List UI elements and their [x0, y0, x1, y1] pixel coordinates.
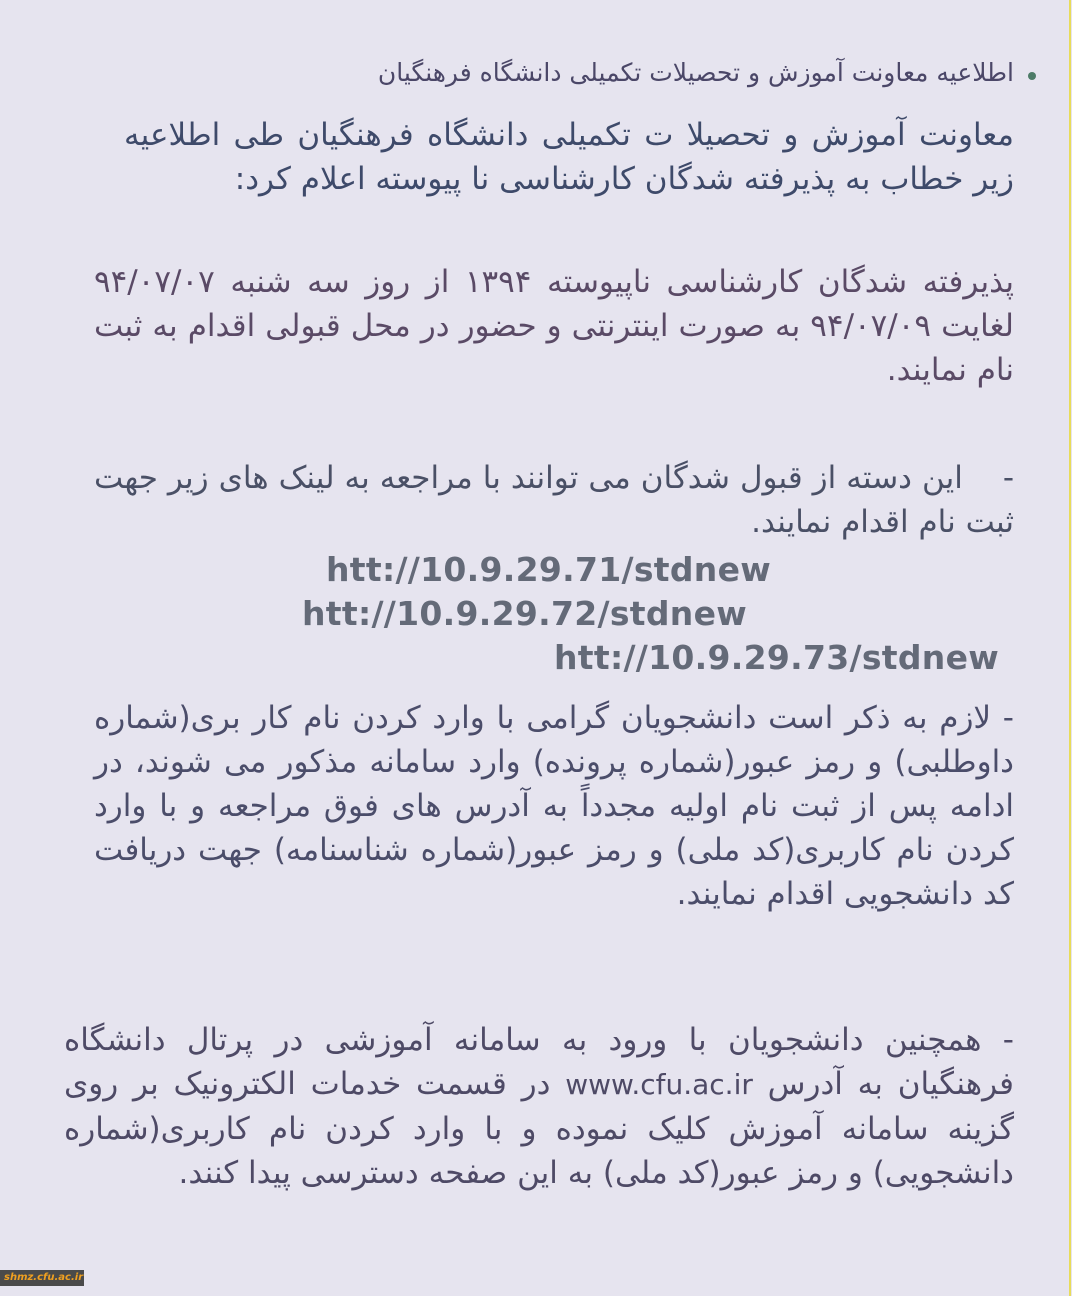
intro-paragraph: معاونت آموزش و تحصیلا ت تکمیلی دانشگاه ف… — [124, 113, 1014, 201]
registration-link-2[interactable]: htt://10.9.29.72/stdnew — [302, 594, 747, 633]
announcement-heading-row: اطلاعیه معاونت آموزش و تحصیلات تکمیلی دا… — [256, 58, 1036, 87]
bullet-icon — [1028, 72, 1036, 80]
portal-url[interactable]: www.cfu.ac.ir — [565, 1068, 753, 1101]
links-intro-paragraph: -این دسته از قبول شدگان می توانند با مرا… — [94, 456, 1014, 544]
announcement-page: اطلاعیه معاونت آموزش و تحصیلات تکمیلی دا… — [0, 0, 1072, 1296]
page-edge-line — [1069, 0, 1071, 1296]
portal-access-paragraph: - همچنین دانشجویان با ورود به سامانه آمو… — [64, 1018, 1014, 1195]
registration-dates-paragraph: پذیرفته شدگان کارشناسی ناپیوسته ۱۳۹۴ از … — [94, 260, 1014, 392]
registration-link-3[interactable]: htt://10.9.29.73/stdnew — [554, 638, 999, 677]
watermark-label: shmz.cfu.ac.ir — [0, 1270, 84, 1286]
registration-link-1[interactable]: htt://10.9.29.71/stdnew — [326, 550, 771, 589]
links-intro-text: این دسته از قبول شدگان می توانند با مراج… — [94, 460, 1014, 540]
login-note-paragraph: - لازم به ذکر است دانشجویان گرامی با وار… — [94, 696, 1014, 916]
announcement-heading: اطلاعیه معاونت آموزش و تحصیلات تکمیلی دا… — [378, 58, 1014, 87]
dash-marker: - — [1003, 460, 1014, 496]
